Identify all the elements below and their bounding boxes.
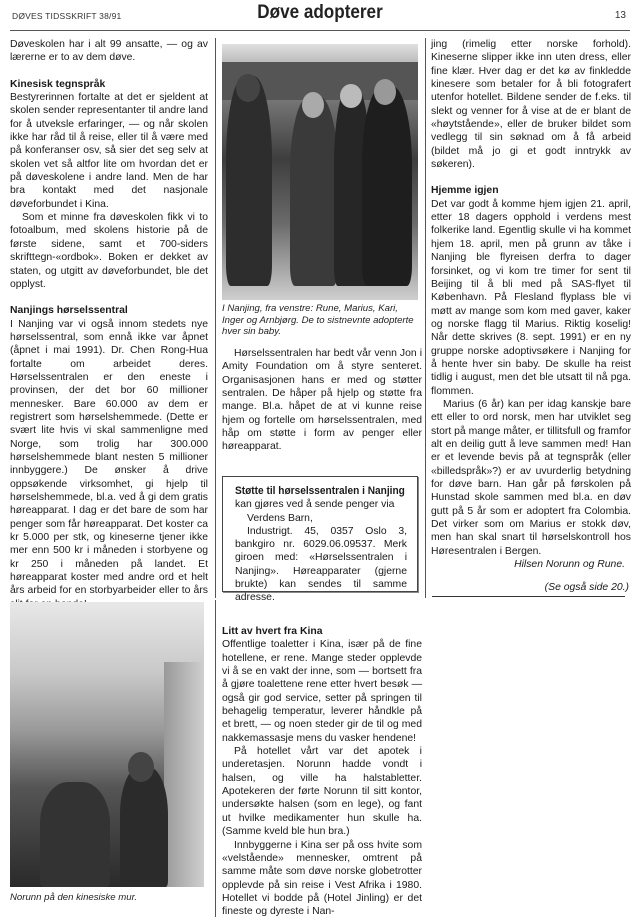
person-figure: [290, 96, 338, 286]
person-head: [340, 84, 362, 108]
page-header: DØVES TIDSSKRIFT 38/91 Døve adopterer 13: [10, 0, 630, 31]
person-figure: [226, 76, 272, 286]
paragraph: jing (rimelig etter norske forhold). Kin…: [431, 38, 631, 171]
photo-group-nanjing: [222, 44, 418, 300]
column-divider: [215, 600, 216, 917]
paragraph: Døveskolen har i alt 99 ansatte, — og av…: [10, 38, 208, 65]
person-figure: [362, 86, 412, 286]
paragraph: Det var godt å komme hjem igjen 21. apri…: [431, 198, 631, 398]
box-text: Industrigt. 45, 0357 Oslo 3, bankgiro nr…: [235, 525, 407, 605]
page-title: Døve adopterer: [41, 2, 599, 24]
wall-shape: [164, 662, 204, 887]
box-title: Støtte til hørselssentralen i Nanjing: [235, 485, 393, 498]
column-2-upper: Hørselssentralen har bedt vår venn Jon i…: [222, 347, 422, 454]
paragraph: Hørselssentralen har bedt vår venn Jon i…: [222, 347, 422, 454]
page-number: 13: [615, 10, 626, 21]
column-2-lower: Litt av hvert fra Kina Offentlige toalet…: [222, 625, 422, 917]
horizontal-rule: [432, 596, 625, 597]
person-head: [374, 79, 396, 105]
paragraph: Bestyrerinnen fortalte at det er sjelden…: [10, 91, 208, 211]
paragraph: Som et minne fra døveskolen fikk vi to f…: [10, 211, 208, 291]
see-also-note: (Se også side 20.): [431, 581, 631, 594]
paragraph: Marius (6 år) kan per idag kanskje bare …: [431, 398, 631, 558]
column-divider: [215, 38, 216, 598]
photo-great-wall: [10, 602, 204, 887]
column-1: Døveskolen har i alt 99 ansatte, — og av…: [10, 38, 208, 611]
column-3: jing (rimelig etter norske forhold). Kin…: [431, 38, 631, 595]
section-heading: Kinesisk tegnspråk: [10, 78, 208, 91]
section-heading: Litt av hvert fra Kina: [222, 625, 422, 638]
section-heading: Nanjings hørselssentral: [10, 304, 208, 317]
photo-caption: I Nanjing, fra venstre: Rune, Marius, Ka…: [222, 303, 422, 338]
person-figure: [40, 782, 110, 887]
person-head: [236, 74, 260, 102]
box-text: Verdens Barn,: [235, 512, 407, 525]
paragraph: Innbyggerne i Kina ser på oss hvite som …: [222, 839, 422, 917]
signature: Hilsen Norunn og Rune.: [431, 558, 631, 571]
person-head: [302, 92, 324, 118]
donation-info-box: Støtte til hørselssentralen i Nanjing ka…: [222, 476, 418, 592]
person-figure: [120, 767, 168, 887]
photo-caption: Norunn på den kinesiske mur.: [10, 892, 210, 904]
column-divider: [425, 38, 426, 598]
paragraph: I Nanjing var vi også innom stedets nye …: [10, 318, 208, 612]
box-text: kan gjøres ved å sende penger via: [235, 498, 407, 511]
section-heading: Hjemme igjen: [431, 184, 631, 197]
person-head: [128, 752, 154, 782]
paragraph: På hotellet vårt var det apotek i undere…: [222, 745, 422, 838]
paragraph: Offentlige toaletter i Kina, især på de …: [222, 638, 422, 745]
